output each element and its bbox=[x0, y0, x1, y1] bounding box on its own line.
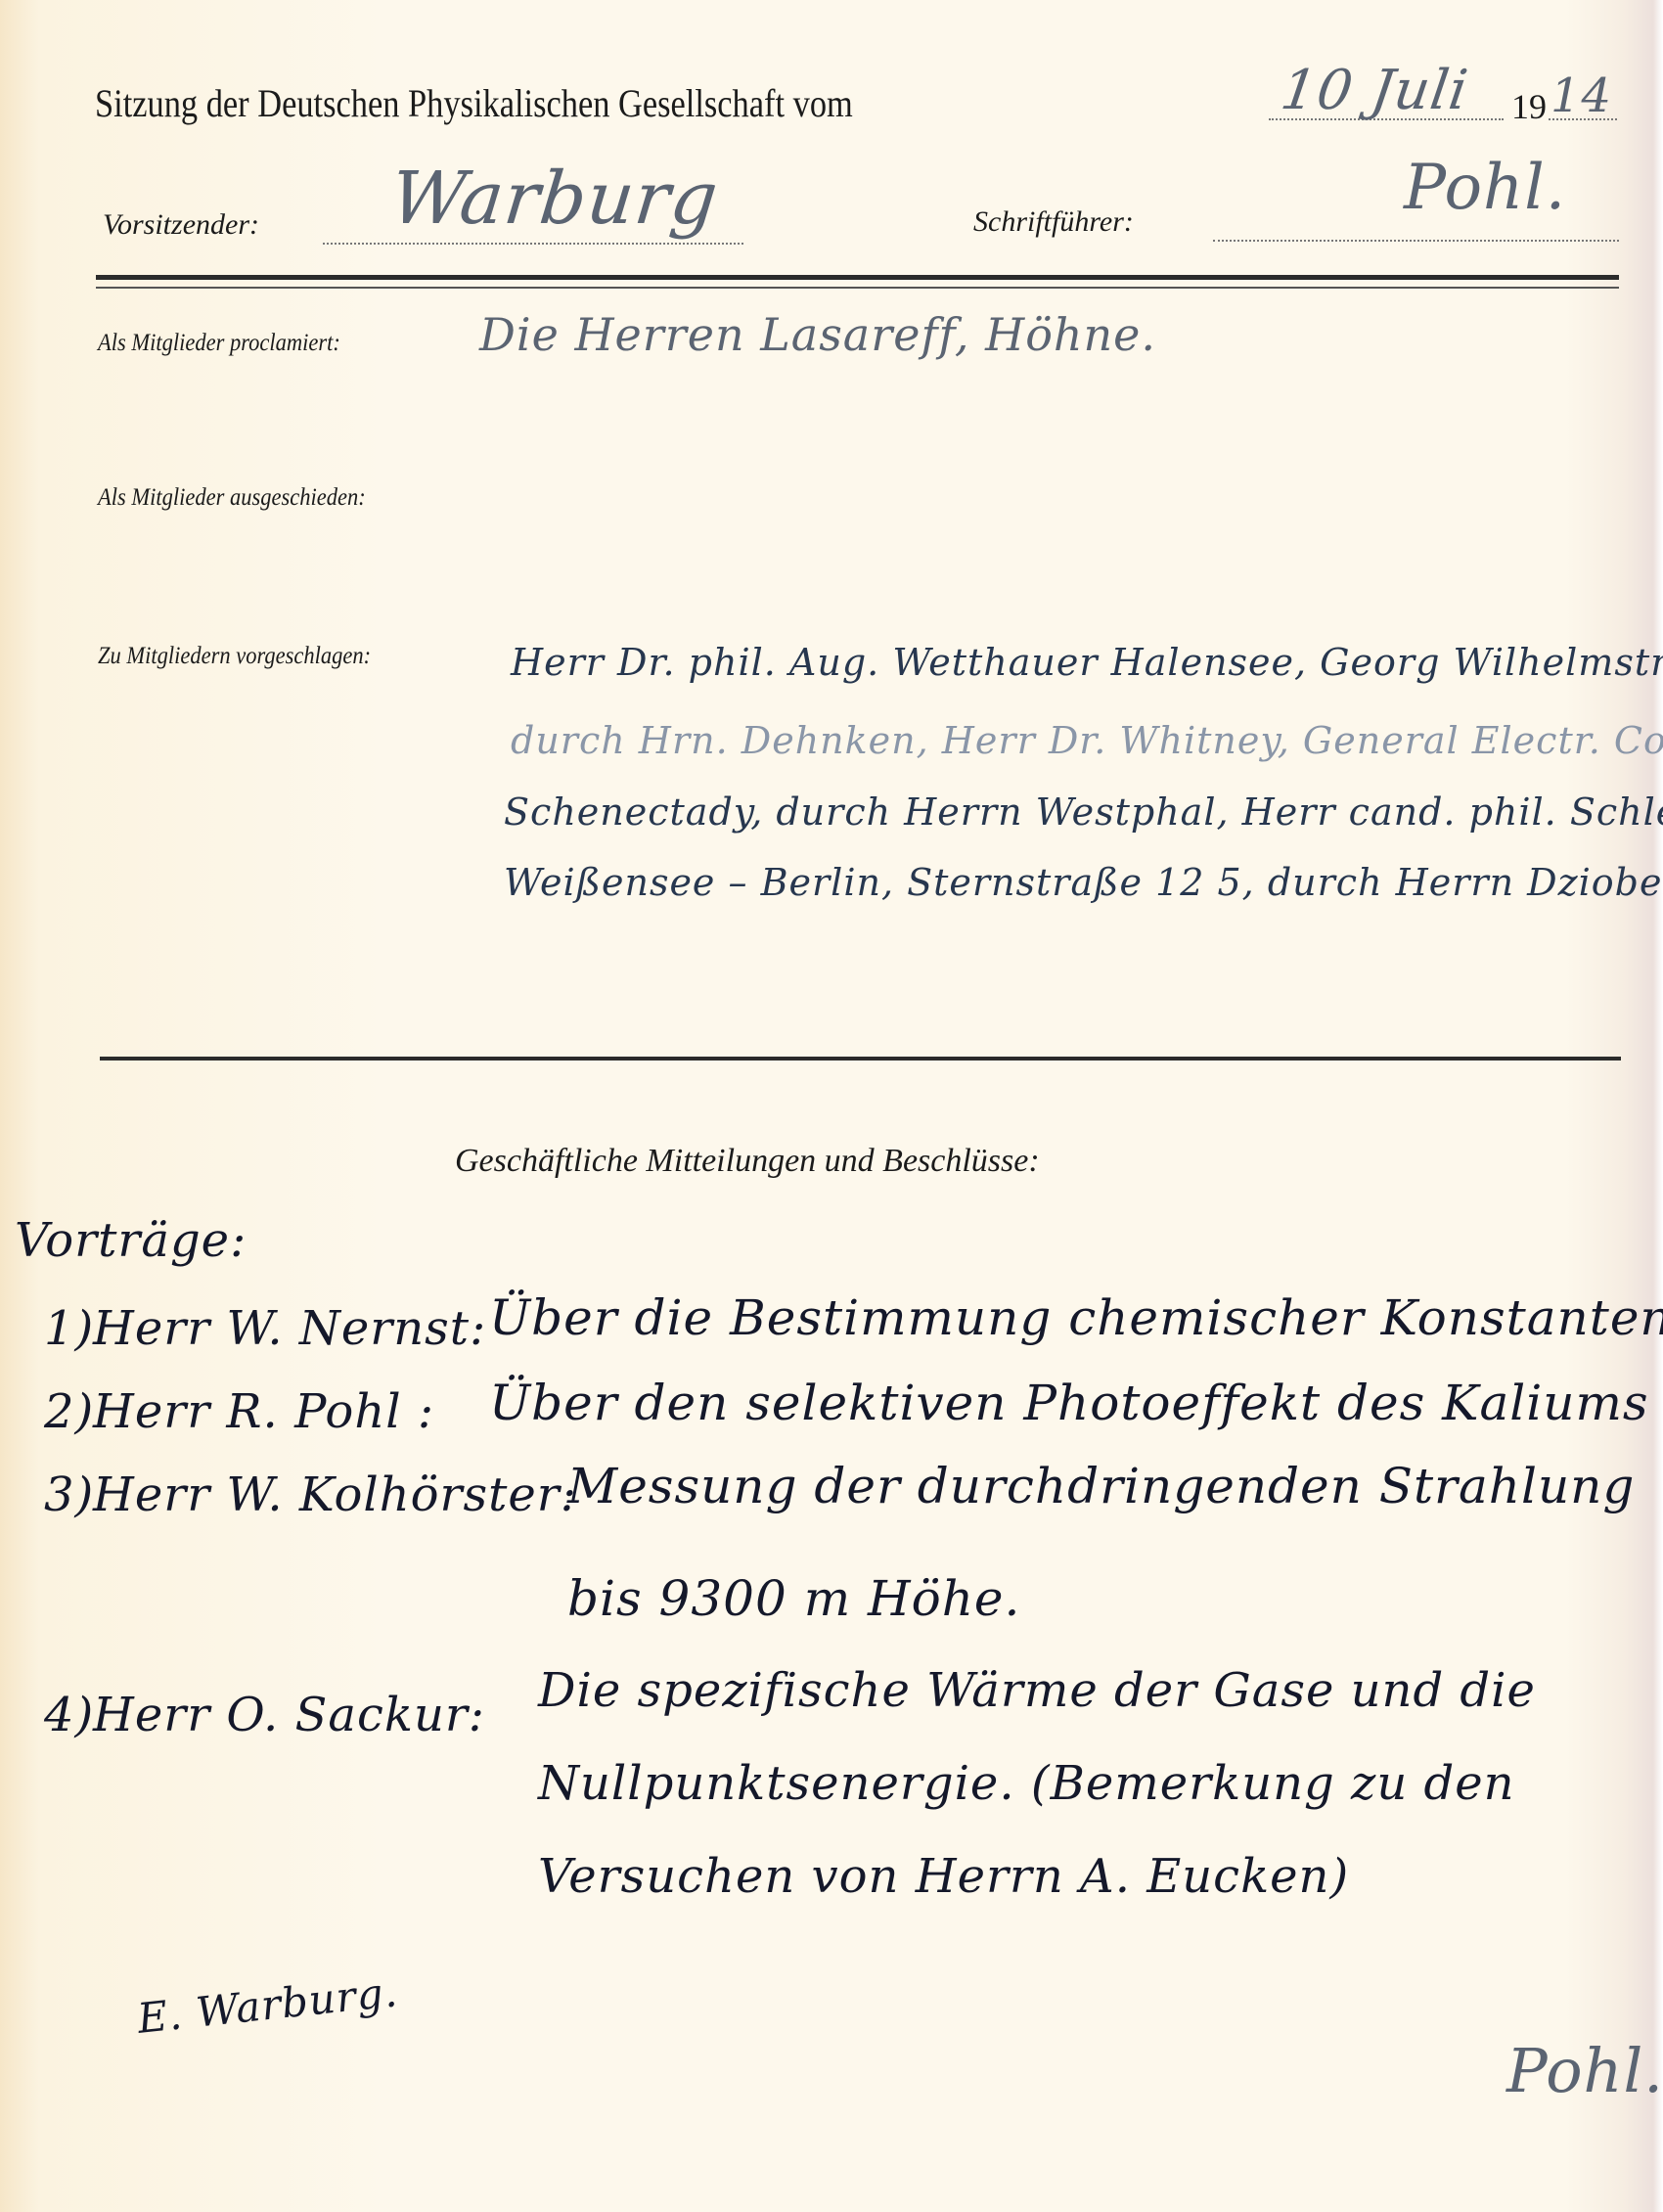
secretary-dotted-line bbox=[1213, 240, 1619, 242]
document-page: Sitzung der Deutschen Physikalischen Ges… bbox=[0, 0, 1663, 2212]
talk-speaker: Herr W. Nernst: bbox=[93, 1301, 486, 1356]
proposed-line: durch Hrn. Dehnken, Herr Dr. Whitney, Ge… bbox=[511, 719, 1663, 762]
chair-label: Vorsitzender: bbox=[103, 208, 259, 242]
talks-label: Vorträge: bbox=[15, 1213, 247, 1268]
secretary-name: Pohl. bbox=[1404, 152, 1566, 224]
talk-speaker: Herr R. Pohl : bbox=[93, 1384, 434, 1439]
talk-title-continued: Versuchen von Herrn A. Eucken) bbox=[538, 1849, 1349, 1904]
header-rule-thin bbox=[96, 287, 1619, 289]
talk-title: Messung der durchdringenden Strahlung bbox=[567, 1458, 1635, 1514]
departed-label: Als Mitglieder ausgeschieden: bbox=[98, 484, 366, 512]
proposed-line: Weißensee – Berlin, Sternstraße 12 5, du… bbox=[504, 861, 1663, 904]
document-title: Sitzung der Deutschen Physikalischen Ges… bbox=[95, 80, 853, 126]
proclaimed-value: Die Herren Lasareff, Höhne. bbox=[479, 308, 1156, 361]
signature-chair: E. Warburg. bbox=[135, 1967, 400, 2043]
talk-speaker: Herr O. Sackur: bbox=[93, 1688, 485, 1742]
chair-dotted-line bbox=[323, 243, 743, 245]
year-handwritten: 14 bbox=[1551, 68, 1612, 123]
section-rule bbox=[100, 1057, 1621, 1061]
proposed-label: Zu Mitgliedern vorgeschlagen: bbox=[98, 643, 371, 670]
talk-title: Über die Bestimmung chemischer Konstante… bbox=[489, 1289, 1663, 1346]
signature-secretary: Pohl. bbox=[1506, 2035, 1663, 2106]
business-heading: Geschäftliche Mitteilungen und Beschlüss… bbox=[455, 1143, 1040, 1180]
talk-number: 2) bbox=[44, 1384, 94, 1439]
year-dotted-line bbox=[1549, 118, 1617, 120]
chair-name: Warburg bbox=[386, 157, 722, 241]
proposed-line: Herr Dr. phil. Aug. Wetthauer Halensee, … bbox=[511, 641, 1663, 684]
talk-number: 4) bbox=[44, 1688, 94, 1742]
talk-title: Über den selektiven Photoeffekt des Kali… bbox=[489, 1375, 1649, 1431]
talk-title-continued: bis 9300 m Höhe. bbox=[567, 1570, 1020, 1627]
talk-title: Die spezifische Wärme der Gase und die bbox=[538, 1663, 1536, 1718]
talk-number: 3) bbox=[44, 1467, 94, 1522]
secretary-label: Schriftführer: bbox=[973, 205, 1134, 239]
talk-speaker: Herr W. Kolhörster: bbox=[93, 1467, 577, 1522]
meeting-date: 10 Juli bbox=[1277, 59, 1472, 122]
proposed-line: Schenectady, durch Herrn Westphal, Herr … bbox=[504, 790, 1663, 834]
talk-number: 1) bbox=[44, 1301, 94, 1356]
year-printed: 19 bbox=[1511, 86, 1547, 127]
talk-title-continued: Nullpunktsenergie. (Bemerkung zu den bbox=[538, 1756, 1515, 1811]
header-rule-thick bbox=[96, 275, 1619, 280]
proclaimed-label: Als Mitglieder proclamiert: bbox=[98, 330, 340, 357]
